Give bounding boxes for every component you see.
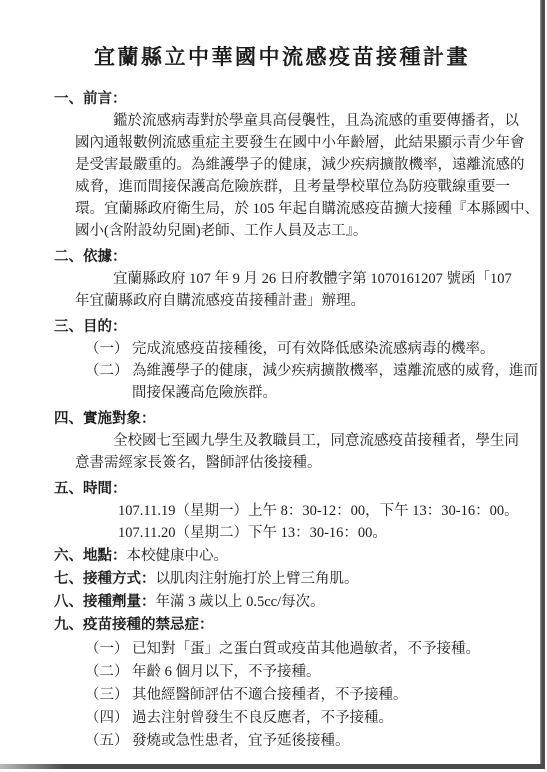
list-item-marker: （一） bbox=[85, 638, 132, 661]
paragraph-line: 鑑於流感病毒對於學童具高侵襲性，且為流感的重要傳播者，以 bbox=[75, 110, 510, 132]
section-purpose: 三、目的： （一） 完成流感疫苗接種後，可有效降低感染流感病毒的機率。 （二） … bbox=[54, 316, 510, 404]
section-heading: 六、地點： bbox=[54, 548, 127, 564]
numbered-list: （一） 完成流感疫苗接種後，可有效降低感染流感病毒的機率。 （二） 為維護學子的… bbox=[85, 338, 510, 404]
paragraph: 鑑於流感病毒對於學童具高侵襲性，且為流感的重要傳播者，以 國內通報數例流感重症主… bbox=[75, 110, 510, 242]
list-item-text: 為維護學子的健康，減少疾病擴散機率，遠離流感的威脅，進而 bbox=[132, 360, 538, 382]
list-item-marker: （三） bbox=[85, 684, 132, 707]
paragraph: 全校國七至國九學生及教職員工，同意流感疫苗接種者，學生同 意書需經家長簽名，醫師… bbox=[75, 430, 510, 474]
list-item-text: 過去注射曾發生不良反應者，不予接種。 bbox=[132, 707, 393, 730]
paragraph: 宜蘭縣政府 107 年 9 月 26 日府教體字第 1070161207 號函「… bbox=[75, 268, 510, 312]
paragraph-line: 意書需經家長簽名，醫師評估後接種。 bbox=[75, 452, 510, 474]
section-heading: 七、接種方式： bbox=[54, 571, 156, 587]
schedule-line: 107.11.20（星期二）下午 13：30-16：00。 bbox=[118, 522, 510, 544]
paragraph-line: 全校國七至國九學生及教職員工，同意流感疫苗接種者，學生同 bbox=[75, 430, 510, 452]
paragraph-line: 是受害最嚴重的。為維護學子的健康，減少疾病擴散機率，遠離流感的 bbox=[75, 154, 510, 176]
list-item: （二） 年齡 6 個月以下，不予接種。 bbox=[85, 661, 510, 684]
scan-edge-shadow-right bbox=[540, 0, 545, 769]
section-heading: 九、疫苗接種的禁忌症： bbox=[54, 614, 510, 636]
list-item-marker: （二） bbox=[85, 360, 132, 382]
section-method: 七、接種方式：以肌肉注射施打於上臂三角肌。 bbox=[54, 568, 510, 590]
section-preface: 一、前言： 鑑於流感病毒對於學童具高侵襲性，且為流感的重要傳播者，以 國內通報數… bbox=[54, 88, 510, 242]
list-item-text: 其他經醫師評估不適合接種者，不予接種。 bbox=[132, 684, 408, 707]
section-time: 五、時間： 107.11.19（星期一）上午 8：30-12：00，下午 13：… bbox=[54, 478, 510, 544]
paragraph-line: 年宜蘭縣政府自購流感疫苗接種計畫」辦理。 bbox=[75, 290, 510, 312]
section-text: 以肌肉注射施打於上臂三角肌。 bbox=[156, 571, 359, 587]
section-heading: 三、目的： bbox=[54, 316, 510, 338]
section-targets: 四、實施對象： 全校國七至國九學生及教職員工，同意流感疫苗接種者，學生同 意書需… bbox=[54, 408, 510, 474]
paragraph-line: 國內通報數例流感重症主要發生在國中小年齡層，此結果顯示青少年會 bbox=[75, 132, 510, 154]
section-dosage: 八、接種劑量：年滿 3 歲以上 0.5cc/每次。 bbox=[54, 591, 510, 613]
schedule-line: 107.11.19（星期一）上午 8：30-12：00，下午 13：30-16：… bbox=[118, 500, 510, 522]
list-item-text: 發燒或急性患者，宜予延後接種。 bbox=[132, 730, 350, 753]
document-title: 宜蘭縣立中華國中流感疫苗接種計畫 bbox=[54, 42, 510, 72]
section-heading: 一、前言： bbox=[54, 88, 510, 110]
paragraph-line: 環。宜蘭縣政府衛生局，於 105 年起自購流感疫苗擴大接種『本縣國中、 bbox=[75, 198, 510, 220]
list-item: （一） 已知對「蛋」之蛋白質或疫苗其他過敏者，不予接種。 bbox=[85, 638, 510, 661]
paragraph-line: 宜蘭縣政府 107 年 9 月 26 日府教體字第 1070161207 號函「… bbox=[75, 268, 510, 290]
list-item: （一） 完成流感疫苗接種後，可有效降低感染流感病毒的機率。 bbox=[85, 338, 510, 360]
numbered-list: （一） 已知對「蛋」之蛋白質或疫苗其他過敏者，不予接種。 （二） 年齡 6 個月… bbox=[85, 638, 510, 753]
list-item: （四） 過去注射曾發生不良反應者，不予接種。 bbox=[85, 707, 510, 730]
section-location: 六、地點：本校健康中心。 bbox=[54, 545, 510, 567]
document-body: 宜蘭縣立中華國中流感疫苗接種計畫 一、前言： 鑑於流感病毒對於學童具高侵襲性，且… bbox=[54, 42, 510, 753]
section-heading: 八、接種劑量： bbox=[54, 594, 156, 610]
list-item-text: 已知對「蛋」之蛋白質或疫苗其他過敏者，不予接種。 bbox=[132, 638, 480, 661]
section-heading: 二、依據： bbox=[54, 246, 510, 268]
section-heading: 四、實施對象： bbox=[54, 408, 510, 430]
schedule-lines: 107.11.19（星期一）上午 8：30-12：00，下午 13：30-16：… bbox=[118, 500, 510, 544]
section-text: 年滿 3 歲以上 0.5cc/每次。 bbox=[156, 594, 325, 610]
list-item-marker: （二） bbox=[85, 661, 132, 684]
list-item: （三） 其他經醫師評估不適合接種者，不予接種。 bbox=[85, 684, 510, 707]
list-item-marker: （四） bbox=[85, 707, 132, 730]
list-item-marker: （一） bbox=[85, 338, 132, 360]
list-item-text: 完成流感疫苗接種後，可有效降低感染流感病毒的機率。 bbox=[132, 338, 495, 360]
list-item: （二） 為維護學子的健康，減少疾病擴散機率，遠離流感的威脅，進而 bbox=[85, 360, 510, 382]
section-text: 本校健康中心。 bbox=[127, 548, 229, 564]
section-basis: 二、依據： 宜蘭縣政府 107 年 9 月 26 日府教體字第 10701612… bbox=[54, 246, 510, 312]
list-item-continuation: 間接保護高危險族群。 bbox=[85, 382, 510, 404]
list-item: （五） 發燒或急性患者，宜予延後接種。 bbox=[85, 730, 510, 753]
list-item-text: 年齡 6 個月以下，不予接種。 bbox=[132, 661, 321, 684]
list-item-marker: （五） bbox=[85, 730, 132, 753]
scan-edge-shadow-bottom bbox=[0, 764, 545, 769]
list-item-text: 間接保護高危險族群。 bbox=[132, 382, 277, 404]
section-heading: 五、時間： bbox=[54, 478, 510, 500]
paragraph-line: 威脅，進而間接保護高危險族群，且考量學校單位為防疫戰線重要一 bbox=[75, 176, 510, 198]
section-contraindications: 九、疫苗接種的禁忌症： （一） 已知對「蛋」之蛋白質或疫苗其他過敏者，不予接種。… bbox=[54, 614, 510, 753]
paragraph-line: 國小(含附設幼兒園)老師、工作人員及志工』。 bbox=[75, 220, 510, 242]
scanned-document-page: { "colors": { "page_bg": "#ffffff", "tex… bbox=[0, 0, 547, 772]
